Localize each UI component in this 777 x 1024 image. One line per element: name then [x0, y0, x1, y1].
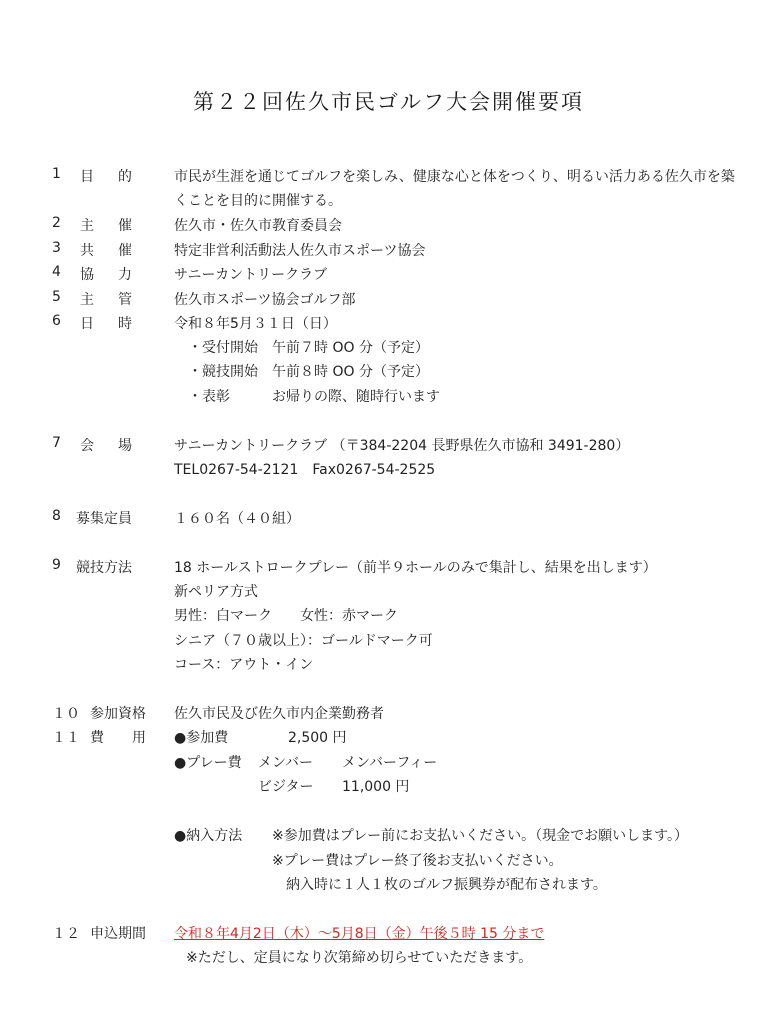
section-label: 主 [80, 215, 94, 235]
section-label: 時 [118, 313, 132, 333]
entry-fee-amount: 2,500 円 [288, 727, 347, 747]
section-number: 6 [52, 313, 61, 329]
schedule-time: お帰りの際、随時行います [272, 386, 440, 406]
purpose-text: くことを目的に開催する。 [174, 190, 342, 210]
section-label: 共 [80, 240, 94, 260]
management-text: 佐久市スポーツ協会ゴルフ部 [174, 289, 355, 309]
co-organizer-text: 特定非営利活動法人佐久市スポーツ協会 [174, 240, 425, 260]
format-text: 新ペリア方式 [174, 581, 258, 601]
section-label: 参加資格 [90, 703, 146, 723]
visitor-amount: 11,000 円 [342, 776, 409, 796]
section-number: 2 [52, 215, 61, 231]
section-label: 場 [118, 435, 132, 455]
schedule-item: ・受付開始 [188, 337, 258, 357]
schedule-time: 午前７時 OO 分（予定） [272, 337, 429, 357]
application-period: 令和８年4月2日（木）～5月8日（金）午後５時 15 分まで [174, 923, 544, 943]
venue-text: サニーカントリークラブ （〒384-2204 長野県佐久市協和 3491-280… [174, 435, 629, 455]
payment-note: ※プレー費はプレー終了後お支払いください。 [272, 850, 563, 870]
schedule-item: ・競技開始 [188, 361, 258, 381]
section-number: 4 [52, 264, 61, 280]
section-number: 9 [52, 557, 61, 573]
purpose-text: 市民が生涯を通じてゴルフを楽しみ、健康な心と体をつくり、明るい活力ある佐久市を築 [174, 166, 735, 186]
capacity-text: １６０名（４０組） [174, 508, 300, 528]
section-number: 3 [52, 240, 61, 256]
section-label: 費 [90, 727, 104, 747]
schedule-time: 午前８時 OO 分（予定） [272, 361, 429, 381]
member-label: メンバー [258, 752, 313, 772]
section-number: １１ [52, 727, 80, 747]
section-label: 協 [80, 264, 94, 284]
application-note: ※ただし、定員になり次第締め切らせていただきます。 [186, 947, 532, 967]
section-label: 的 [118, 166, 132, 186]
payment-note: ※参加費はプレー前にお支払いください。（現金でお願いします。） [272, 825, 688, 845]
format-text: 18 ホールストロークプレー（前半９ホールのみで集計し、結果を出します） [174, 557, 657, 577]
section-label: 申込期間 [90, 923, 146, 943]
section-label: 日 [80, 313, 94, 333]
member-amount: メンバーフィー [342, 752, 437, 772]
section-label: 募集定員 [76, 508, 132, 528]
organizer-text: 佐久市・佐久市教育委員会 [174, 215, 342, 235]
section-number: 7 [52, 435, 61, 451]
cooperation-text: サニーカントリークラブ [174, 264, 327, 284]
venue-contact: TEL0267-54-2121 Fax0267-54-2525 [174, 459, 435, 479]
section-number: 1 [52, 166, 61, 182]
schedule-item: ・表彰 [188, 386, 230, 406]
play-fee-label: ●プレー費 [174, 752, 242, 772]
eligibility-text: 佐久市民及び佐久市内企業勤務者 [174, 703, 384, 723]
section-number: 5 [52, 289, 61, 305]
page-title: 第２２回佐久市民ゴルフ大会開催要項 [0, 86, 777, 116]
payment-method-label: ●納入方法 [174, 825, 242, 845]
date-text: 令和８年5月３１日（日） [174, 313, 337, 333]
section-number: １２ [52, 923, 80, 943]
section-label: 催 [118, 240, 132, 260]
section-label: 会 [80, 435, 94, 455]
section-label: 力 [118, 264, 132, 284]
section-label: 催 [118, 215, 132, 235]
entry-fee-label: ●参加費 [174, 727, 228, 747]
section-label: 主 [80, 289, 94, 309]
visitor-label: ビジター [258, 776, 313, 796]
section-label: 用 [132, 727, 146, 747]
section-number: １０ [52, 703, 80, 723]
section-label: 競技方法 [76, 557, 132, 577]
section-label: 管 [118, 289, 132, 309]
payment-note: 納入時に１人１枚のゴルフ振興券が配布されます。 [286, 874, 607, 894]
format-text: コース：アウト・イン [174, 654, 313, 674]
section-label: 目 [80, 166, 94, 186]
format-text: 男性：白マーク 女性：赤マーク [174, 605, 398, 625]
section-number: 8 [52, 508, 61, 524]
format-text: シニア（７０歳以上）：ゴールドマーク可 [174, 630, 433, 650]
